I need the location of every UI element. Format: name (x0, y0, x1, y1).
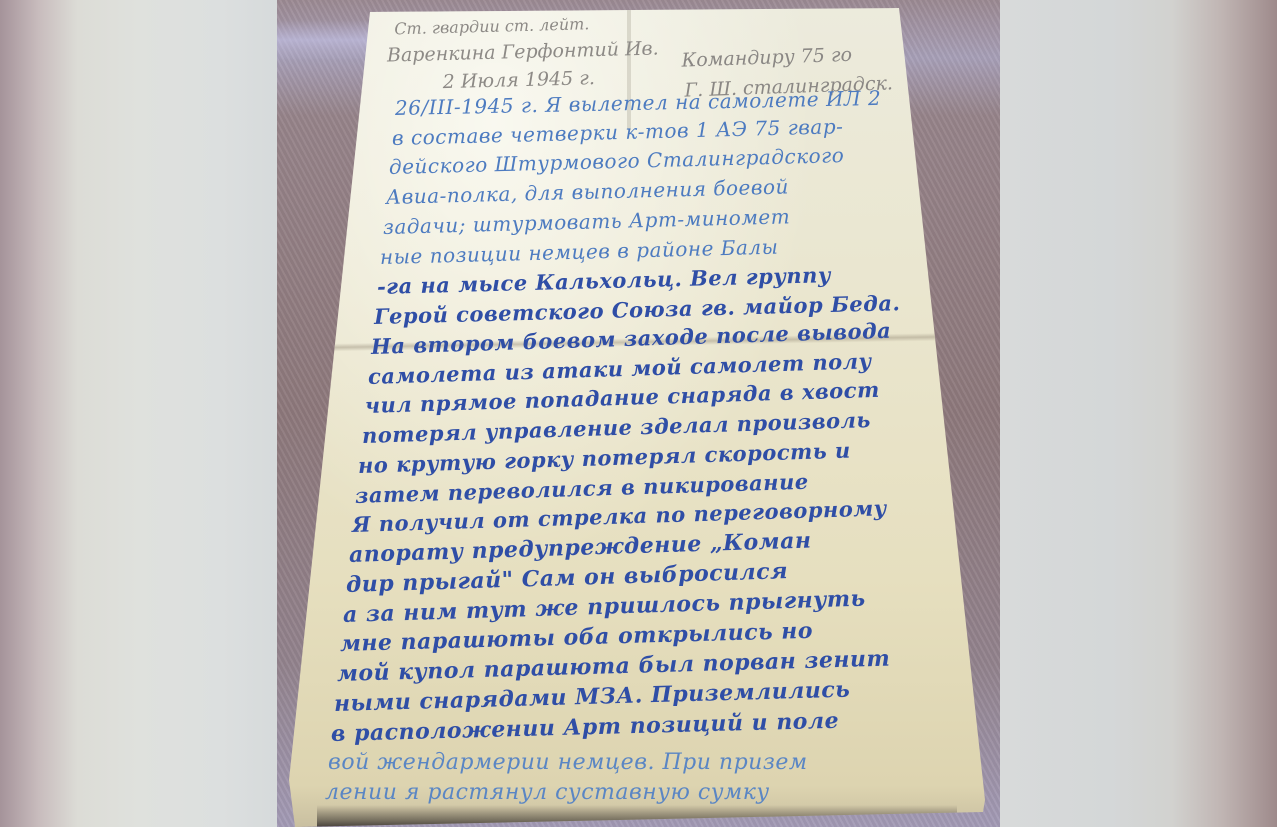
body-line: лении я растянул суставную сумку (325, 780, 770, 805)
body-line: Авиа-полка, для выполнения боевой (386, 175, 789, 210)
body-line: задачи; штурмовать Арт-миномет (382, 204, 790, 239)
blurred-right-panel (1000, 0, 1277, 827)
paper-bottom-stain (317, 805, 957, 827)
letter-photo: Ст. гвардии ст. лейт. Варенкина Герфонти… (277, 0, 1000, 827)
letter-paper: Ст. гвардии ст. лейт. Варенкина Герфонти… (277, 0, 1000, 827)
body-line: вой жендармерии немцев. При призем (328, 750, 808, 775)
letter-body: 26/III-1945 г. Я вылетел на самолете ИЛ … (277, 0, 1000, 827)
body-line: ные позиции немцев в районе Балы (379, 234, 778, 268)
blurred-left-panel (0, 0, 277, 827)
